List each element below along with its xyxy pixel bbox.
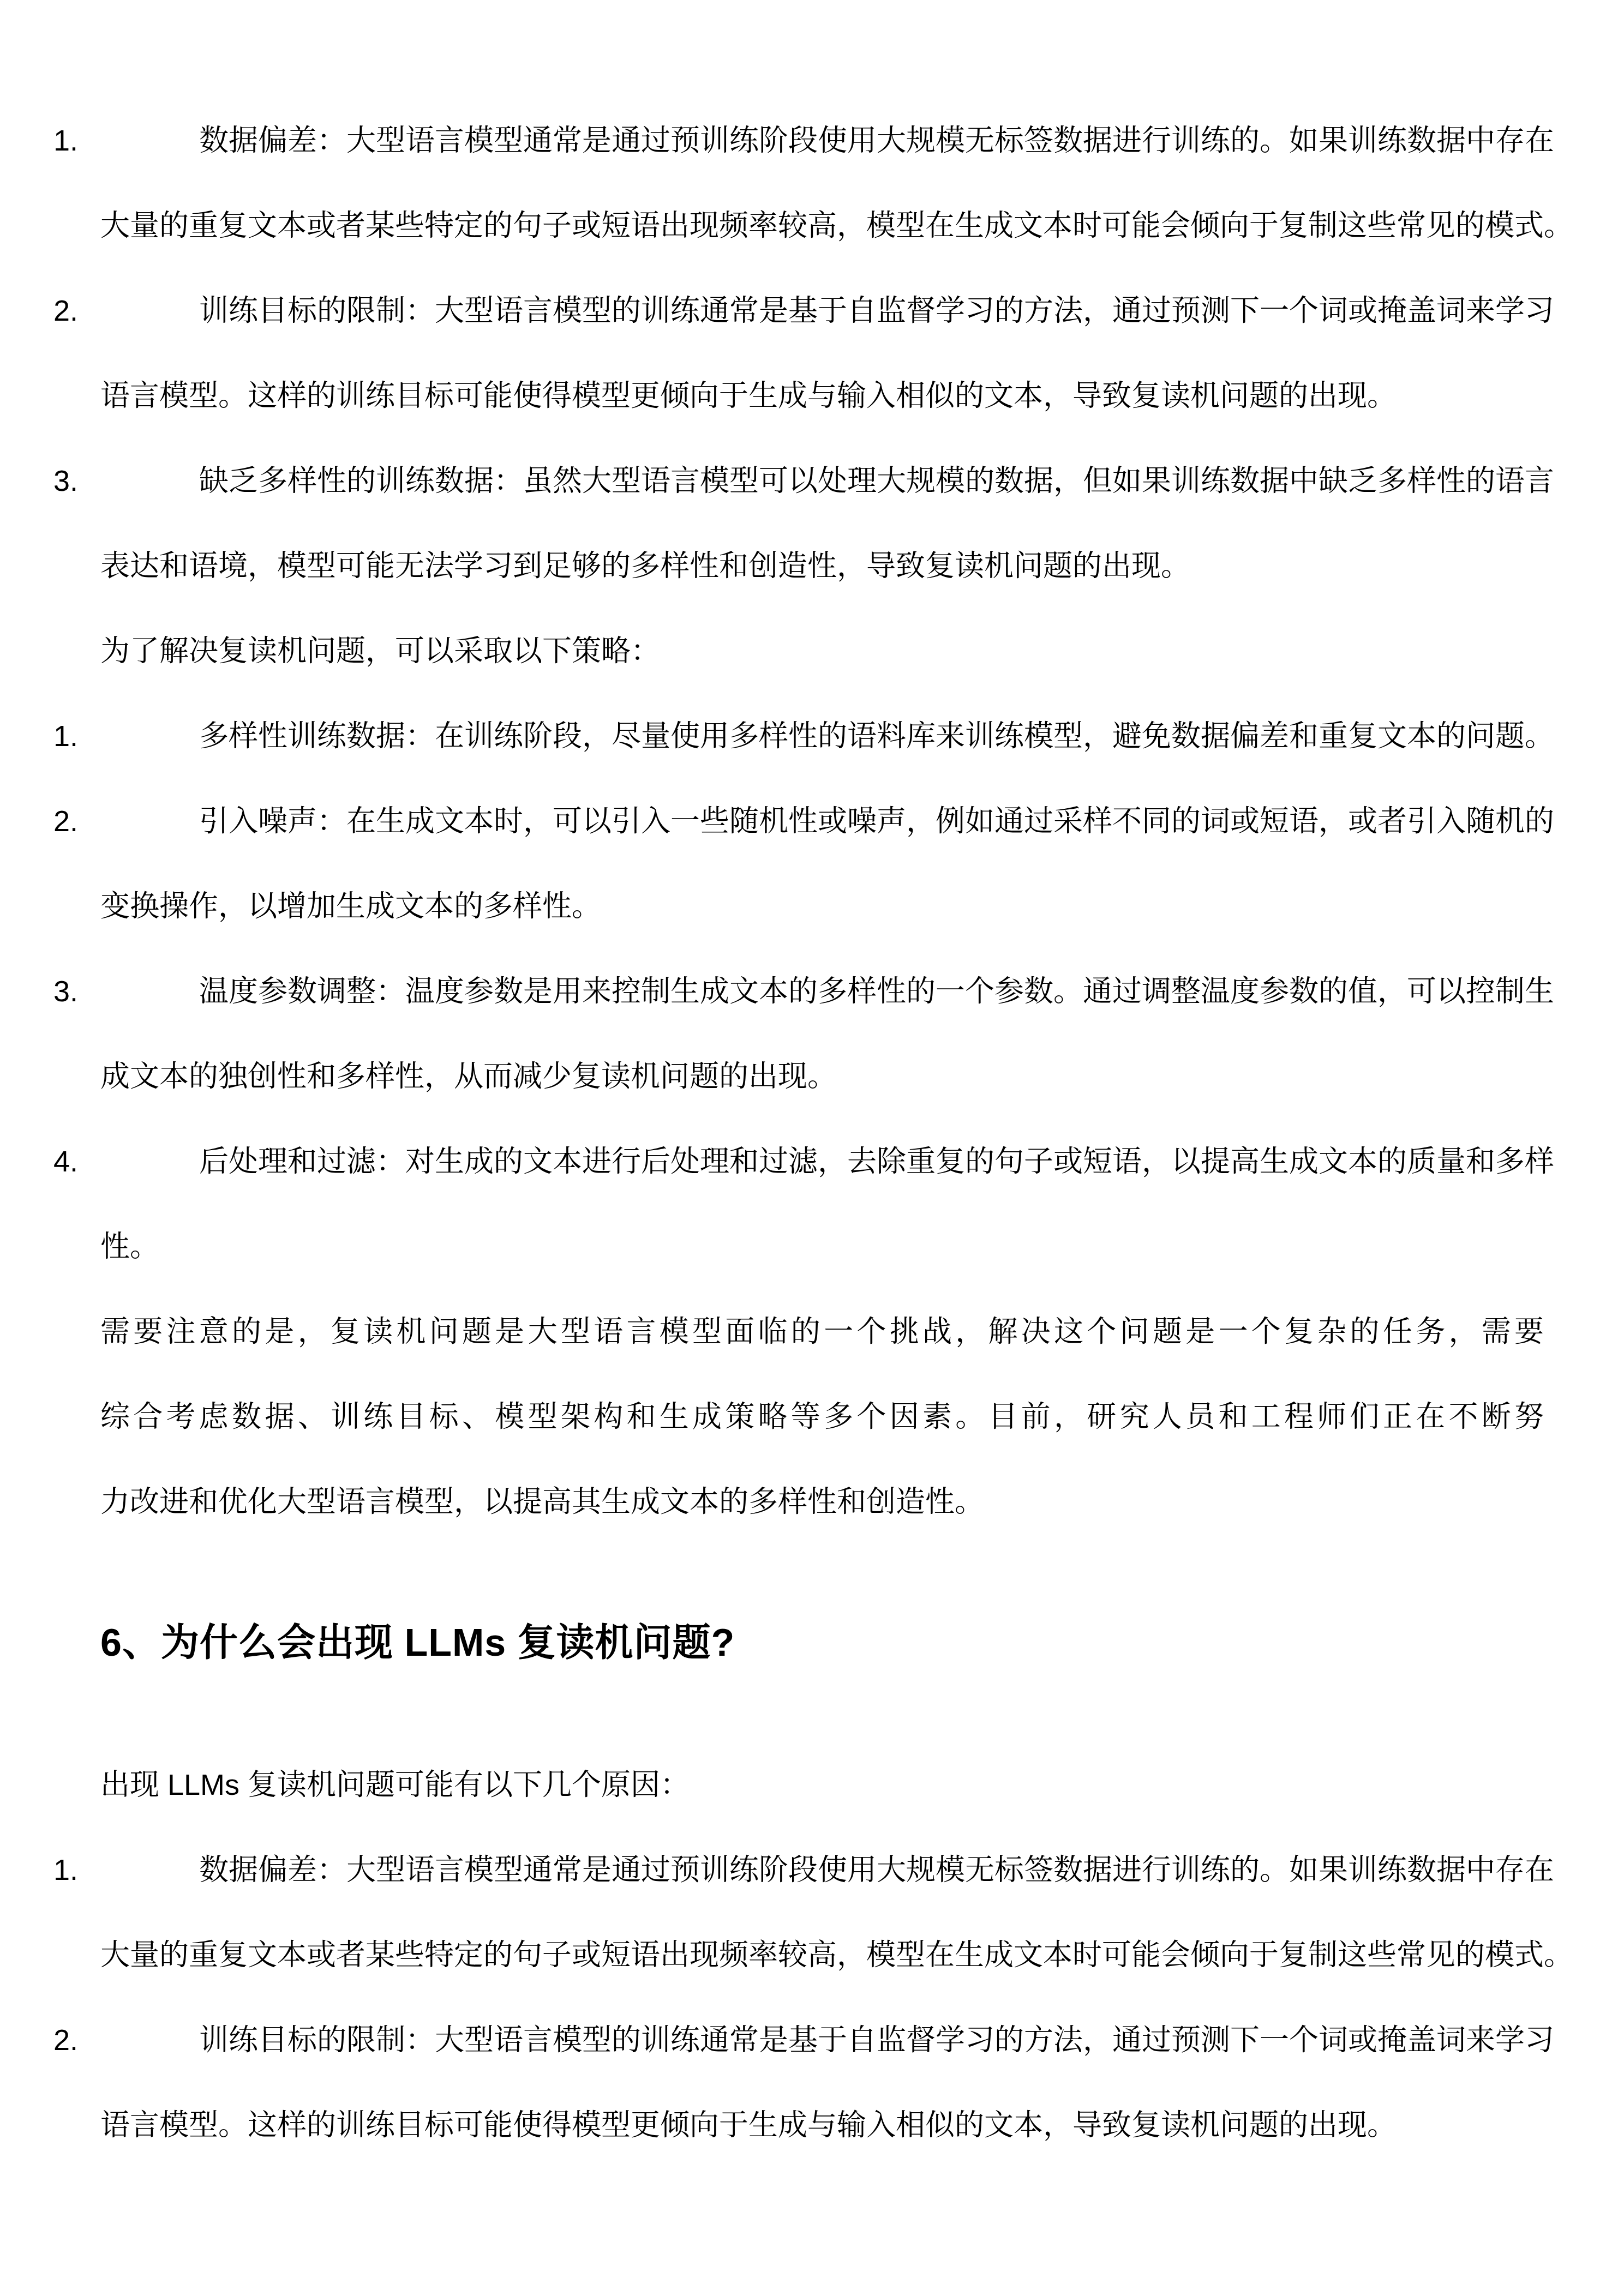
item-text-line: 训练目标的限制：大型语言模型的训练通常是基于自监督学习的方法，通过预测下一个词或…: [199, 2024, 1554, 2057]
item-first-line: 1. 多样性训练数据：在训练阶段，尽量使用多样性的语料库来训练模型，避免数据偏差…: [100, 694, 1544, 779]
paragraph-line: 综合考虑数据、训练目标、模型架构和生成策略等多个因素。目前，研究人员和工程师们正…: [100, 1374, 1544, 1459]
paragraph-note: 需要注意的是，复读机问题是大型语言模型面临的一个挑战，解决这个问题是一个复杂的任…: [100, 1289, 1544, 1544]
item-text-line: 引入噪声：在生成文本时，可以引入一些随机性或噪声，例如通过采样不同的词或短语，或…: [199, 805, 1554, 838]
numbered-list-reasons-top: 1. 数据偏差：大型语言模型通常是通过预训练阶段使用大规模无标签数据进行训练的。…: [100, 98, 1544, 609]
item-text-line: 缺乏多样性的训练数据：虽然大型语言模型可以处理大规模的数据，但如果训练数据中缺乏…: [199, 465, 1554, 497]
item-continuation-line: 语言模型。这样的训练目标可能使得模型更倾向于生成与输入相似的文本，导致复读机问题…: [100, 2083, 1544, 2168]
item-number: 1.: [53, 1828, 78, 1913]
numbered-item: 2. 训练目标的限制：大型语言模型的训练通常是基于自监督学习的方法，通过预测下一…: [100, 1998, 1544, 2168]
item-text-line: 变换操作，以增加生成文本的多样性。: [100, 890, 601, 923]
item-text-line: 后处理和过滤：对生成的文本进行后处理和过滤，去除重复的句子或短语，以提高生成文本…: [199, 1145, 1554, 1178]
item-number: 2.: [53, 268, 78, 353]
item-continuation-line: 大量的重复文本或者某些特定的句子或短语出现频率较高，模型在生成文本时可能会倾向于…: [100, 183, 1544, 268]
item-text-line: 性。: [100, 1230, 159, 1263]
item-first-line: 1. 数据偏差：大型语言模型通常是通过预训练阶段使用大规模无标签数据进行训练的。…: [100, 98, 1544, 183]
paragraph-q6-intro: 出现 LLMs 复读机问题可能有以下几个原因：: [100, 1742, 1544, 1828]
item-continuation-line: 变换操作，以增加生成文本的多样性。: [100, 864, 1544, 949]
item-number: 3.: [53, 949, 78, 1034]
numbered-list-reasons-q6: 1. 数据偏差：大型语言模型通常是通过预训练阶段使用大规模无标签数据进行训练的。…: [100, 1828, 1544, 2168]
item-text-line: 数据偏差：大型语言模型通常是通过预训练阶段使用大规模无标签数据进行训练的。如果训…: [199, 1854, 1554, 1886]
paragraph-line: 力改进和优化大型语言模型，以提高其生成文本的多样性和创造性。: [100, 1459, 1544, 1544]
numbered-item: 4. 后处理和过滤：对生成的文本进行后处理和过滤，去除重复的句子或短语，以提高生…: [100, 1119, 1544, 1289]
item-number: 3.: [53, 438, 78, 524]
item-first-line: 2. 引入噪声：在生成文本时，可以引入一些随机性或噪声，例如通过采样不同的词或短…: [100, 779, 1544, 864]
paragraph-text: 综合考虑数据、训练目标、模型架构和生成策略等多个因素。目前，研究人员和工程师们正…: [100, 1401, 1544, 1433]
paragraph-text: 力改进和优化大型语言模型，以提高其生成文本的多样性和创造性。: [100, 1486, 984, 1518]
paragraph-line: 需要注意的是，复读机问题是大型语言模型面临的一个挑战，解决这个问题是一个复杂的任…: [100, 1289, 1544, 1374]
item-number: 1.: [53, 98, 78, 183]
item-number: 4.: [53, 1119, 78, 1204]
paragraph-text: 出现 LLMs 复读机问题可能有以下几个原因：: [100, 1769, 690, 1801]
item-first-line: 4. 后处理和过滤：对生成的文本进行后处理和过滤，去除重复的句子或短语，以提高生…: [100, 1119, 1544, 1204]
numbered-list-strategies: 1. 多样性训练数据：在训练阶段，尽量使用多样性的语料库来训练模型，避免数据偏差…: [100, 694, 1544, 1289]
item-text-line: 成文本的独创性和多样性，从而减少复读机问题的出现。: [100, 1060, 837, 1093]
item-text-line: 温度参数调整：温度参数是用来控制生成文本的多样性的一个参数。通过调整温度参数的值…: [199, 975, 1554, 1008]
item-text-line: 大量的重复文本或者某些特定的句子或短语出现频率较高，模型在生成文本时可能会倾向于…: [100, 1939, 1573, 1972]
item-number: 2.: [53, 1998, 78, 2083]
item-text-line: 数据偏差：大型语言模型通常是通过预训练阶段使用大规模无标签数据进行训练的。如果训…: [199, 124, 1554, 157]
numbered-item: 1. 多样性训练数据：在训练阶段，尽量使用多样性的语料库来训练模型，避免数据偏差…: [100, 694, 1544, 779]
document-content: 1. 数据偏差：大型语言模型通常是通过预训练阶段使用大规模无标签数据进行训练的。…: [100, 98, 1544, 2168]
item-continuation-line: 语言模型。这样的训练目标可能使得模型更倾向于生成与输入相似的文本，导致复读机问题…: [100, 353, 1544, 438]
item-first-line: 3. 缺乏多样性的训练数据：虽然大型语言模型可以处理大规模的数据，但如果训练数据…: [100, 438, 1544, 524]
item-first-line: 2. 训练目标的限制：大型语言模型的训练通常是基于自监督学习的方法，通过预测下一…: [100, 1998, 1544, 2083]
paragraph-strategies-intro: 为了解决复读机问题，可以采取以下策略：: [100, 609, 1544, 694]
item-first-line: 2. 训练目标的限制：大型语言模型的训练通常是基于自监督学习的方法，通过预测下一…: [100, 268, 1544, 353]
section-heading-text: 6、为什么会出现 LLMs 复读机问题?: [100, 1621, 735, 1664]
item-text-line: 大量的重复文本或者某些特定的句子或短语出现频率较高，模型在生成文本时可能会倾向于…: [100, 209, 1573, 242]
numbered-item: 2. 训练目标的限制：大型语言模型的训练通常是基于自监督学习的方法，通过预测下一…: [100, 268, 1544, 438]
item-text-line: 训练目标的限制：大型语言模型的训练通常是基于自监督学习的方法，通过预测下一个词或…: [199, 294, 1554, 327]
item-text-line: 多样性训练数据：在训练阶段，尽量使用多样性的语料库来训练模型，避免数据偏差和重复…: [199, 720, 1554, 753]
numbered-item: 1. 数据偏差：大型语言模型通常是通过预训练阶段使用大规模无标签数据进行训练的。…: [100, 98, 1544, 268]
numbered-item: 3. 温度参数调整：温度参数是用来控制生成文本的多样性的一个参数。通过调整温度参…: [100, 949, 1544, 1119]
document-page: 1. 数据偏差：大型语言模型通常是通过预训练阶段使用大规模无标签数据进行训练的。…: [0, 0, 1624, 2296]
item-continuation-line: 表达和语境，模型可能无法学习到足够的多样性和创造性，导致复读机问题的出现。: [100, 524, 1544, 609]
item-continuation-line: 性。: [100, 1204, 1544, 1289]
item-text-line: 语言模型。这样的训练目标可能使得模型更倾向于生成与输入相似的文本，导致复读机问题…: [100, 2109, 1397, 2142]
item-first-line: 1. 数据偏差：大型语言模型通常是通过预训练阶段使用大规模无标签数据进行训练的。…: [100, 1828, 1544, 1913]
item-number: 1.: [53, 694, 78, 779]
numbered-item: 3. 缺乏多样性的训练数据：虽然大型语言模型可以处理大规模的数据，但如果训练数据…: [100, 438, 1544, 609]
numbered-item: 1. 数据偏差：大型语言模型通常是通过预训练阶段使用大规模无标签数据进行训练的。…: [100, 1828, 1544, 1998]
item-text-line: 语言模型。这样的训练目标可能使得模型更倾向于生成与输入相似的文本，导致复读机问题…: [100, 380, 1397, 412]
paragraph-text: 为了解决复读机问题，可以采取以下策略：: [100, 635, 660, 668]
item-text-line: 表达和语境，模型可能无法学习到足够的多样性和创造性，导致复读机问题的出现。: [100, 550, 1190, 582]
item-first-line: 3. 温度参数调整：温度参数是用来控制生成文本的多样性的一个参数。通过调整温度参…: [100, 949, 1544, 1034]
item-continuation-line: 成文本的独创性和多样性，从而减少复读机问题的出现。: [100, 1034, 1544, 1119]
item-number: 2.: [53, 779, 78, 864]
section-heading-q6: 6、为什么会出现 LLMs 复读机问题?: [100, 1600, 1544, 1685]
numbered-item: 2. 引入噪声：在生成文本时，可以引入一些随机性或噪声，例如通过采样不同的词或短…: [100, 779, 1544, 949]
paragraph-text: 需要注意的是，复读机问题是大型语言模型面临的一个挑战，解决这个问题是一个复杂的任…: [100, 1315, 1544, 1348]
item-continuation-line: 大量的重复文本或者某些特定的句子或短语出现频率较高，模型在生成文本时可能会倾向于…: [100, 1913, 1544, 1998]
